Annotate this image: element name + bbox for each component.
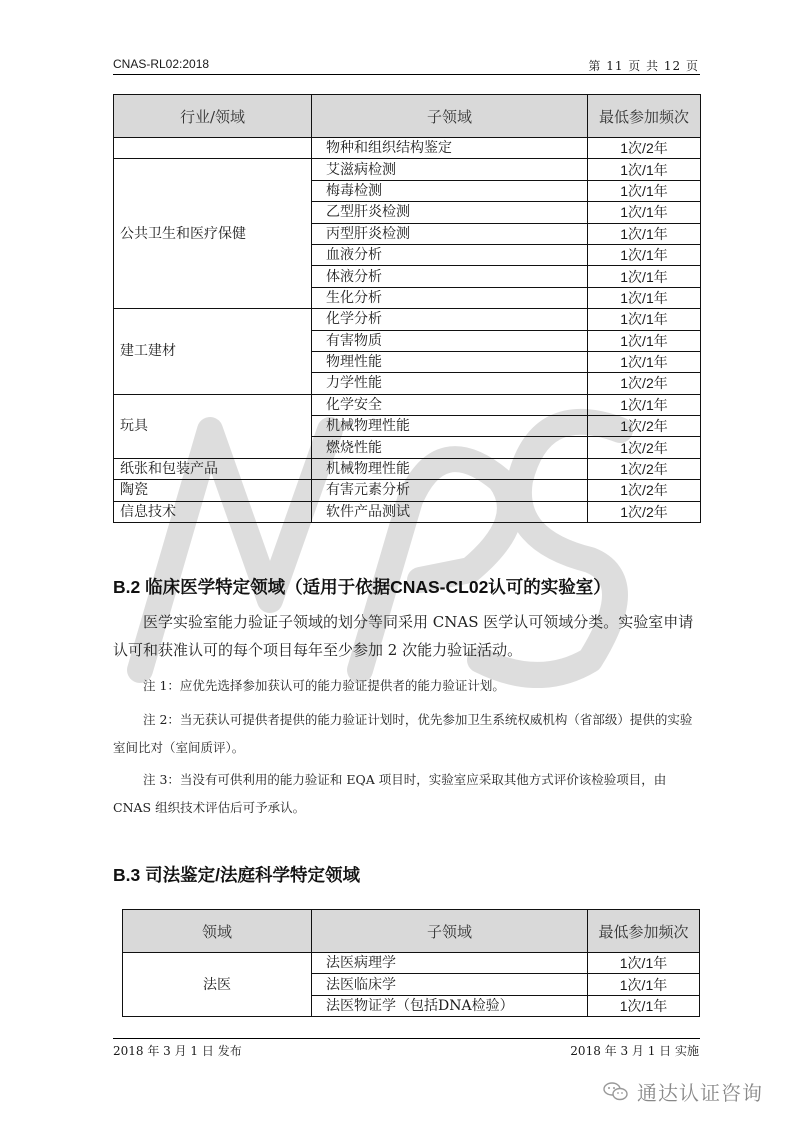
frequency-cell: 1次/1年 xyxy=(588,309,701,330)
subdomain-cell: 机械物理性能 xyxy=(312,416,588,437)
table-row: 玩具 化学安全 1次/1年 xyxy=(114,394,701,415)
document-code: CNAS-RL02:2018 xyxy=(113,57,209,71)
subdomain-cell: 化学安全 xyxy=(312,394,588,415)
section-b2-paragraph: 医学实验室能力验证子领域的划分等同采用 CNAS 医学认可领域分类。实验室申请认… xyxy=(113,608,700,664)
wechat-brand: 通达认证咨询 xyxy=(603,1077,763,1106)
issue-date: 2018 年 3 月 1 日 发布 xyxy=(113,1042,242,1059)
frequency-cell: 1次/1年 xyxy=(588,202,701,223)
effective-date: 2018 年 3 月 1 日 实施 xyxy=(570,1042,699,1059)
column-header-frequency: 最低参加频次 xyxy=(588,95,701,138)
frequency-cell: 1次/1年 xyxy=(588,394,701,415)
subdomain-cell: 法医物证学（包括DNA检验） xyxy=(312,995,588,1016)
table-row: 纸张和包装产品 机械物理性能 1次/2年 xyxy=(114,458,701,479)
frequency-cell: 1次/1年 xyxy=(588,953,700,974)
subdomain-cell: 燃烧性能 xyxy=(312,437,588,458)
column-header-frequency: 最低参加频次 xyxy=(588,910,700,953)
frequency-cell: 1次/1年 xyxy=(588,244,701,265)
subdomain-cell: 化学分析 xyxy=(312,309,588,330)
table-row: 公共卫生和医疗保健 艾滋病检测 1次/1年 xyxy=(114,159,701,180)
subdomain-cell: 丙型肝炎检测 xyxy=(312,223,588,244)
subdomain-cell: 有害物质 xyxy=(312,330,588,351)
domain-cell xyxy=(114,138,312,159)
proficiency-table-forensic: 领域 子领域 最低参加频次 法医 法医病理学 1次/1年 法医临床学 1次/1年… xyxy=(122,909,700,1017)
column-header-subdomain: 子领域 xyxy=(312,95,588,138)
domain-cell: 法医 xyxy=(123,953,312,1017)
proficiency-table-industries: 行业/领域 子领域 最低参加频次 物种和组织结构鉴定 1次/2年 公共卫生和医疗… xyxy=(113,94,701,523)
section-heading-b3: B.3 司法鉴定/法庭科学特定领域 xyxy=(113,862,360,887)
table-row: 法医 法医病理学 1次/1年 xyxy=(123,953,700,974)
subdomain-cell: 物种和组织结构鉴定 xyxy=(312,138,588,159)
table-header-row: 领域 子领域 最低参加频次 xyxy=(123,910,700,953)
table-header-row: 行业/领域 子领域 最低参加频次 xyxy=(114,95,701,138)
note-3: 注 3：当没有可供利用的能力验证和 EQA 项目时，实验室应采取其他方式评价该检… xyxy=(113,766,703,822)
column-header-domain: 行业/领域 xyxy=(114,95,312,138)
subdomain-cell: 体液分析 xyxy=(312,266,588,287)
section-heading-b2: B.2 临床医学特定领域（适用于依据CNAS-CL02认可的实验室） xyxy=(113,574,611,599)
subdomain-cell: 物理性能 xyxy=(312,351,588,372)
frequency-cell: 1次/2年 xyxy=(588,458,701,479)
subdomain-cell: 力学性能 xyxy=(312,373,588,394)
subdomain-cell: 法医临床学 xyxy=(312,974,588,995)
frequency-cell: 1次/2年 xyxy=(588,501,701,522)
frequency-cell: 1次/1年 xyxy=(588,159,701,180)
domain-cell: 建工建材 xyxy=(114,309,312,395)
domain-cell: 玩具 xyxy=(114,394,312,458)
table-row: 陶瓷 有害元素分析 1次/2年 xyxy=(114,480,701,501)
frequency-cell: 1次/1年 xyxy=(588,330,701,351)
frequency-cell: 1次/1年 xyxy=(588,351,701,372)
table-row: 建工建材 化学分析 1次/1年 xyxy=(114,309,701,330)
domain-cell: 陶瓷 xyxy=(114,480,312,501)
note-1: 注 1：应优先选择参加获认可的能力验证提供者的能力验证计划。 xyxy=(113,672,703,700)
domain-cell: 纸张和包装产品 xyxy=(114,458,312,479)
subdomain-cell: 艾滋病检测 xyxy=(312,159,588,180)
subdomain-cell: 有害元素分析 xyxy=(312,480,588,501)
frequency-cell: 1次/1年 xyxy=(588,287,701,308)
frequency-cell: 1次/1年 xyxy=(588,995,700,1016)
domain-cell: 公共卫生和医疗保健 xyxy=(114,159,312,309)
brand-name: 通达认证咨询 xyxy=(637,1077,763,1106)
subdomain-cell: 软件产品测试 xyxy=(312,501,588,522)
header-divider xyxy=(113,74,700,75)
note-2: 注 2：当无获认可提供者提供的能力验证计划时，优先参加卫生系统权威机构（省部级）… xyxy=(113,706,703,762)
subdomain-cell: 生化分析 xyxy=(312,287,588,308)
wechat-icon xyxy=(603,1081,629,1103)
frequency-cell: 1次/2年 xyxy=(588,373,701,394)
table-row: 物种和组织结构鉴定 1次/2年 xyxy=(114,138,701,159)
frequency-cell: 1次/1年 xyxy=(588,266,701,287)
table-row: 信息技术 软件产品测试 1次/2年 xyxy=(114,501,701,522)
subdomain-cell: 血液分析 xyxy=(312,244,588,265)
frequency-cell: 1次/2年 xyxy=(588,138,701,159)
subdomain-cell: 乙型肝炎检测 xyxy=(312,202,588,223)
frequency-cell: 1次/2年 xyxy=(588,416,701,437)
column-header-subdomain: 子领域 xyxy=(312,910,588,953)
subdomain-cell: 法医病理学 xyxy=(312,953,588,974)
footer-divider xyxy=(113,1038,700,1039)
subdomain-cell: 梅毒检测 xyxy=(312,180,588,201)
frequency-cell: 1次/2年 xyxy=(588,437,701,458)
frequency-cell: 1次/1年 xyxy=(588,974,700,995)
frequency-cell: 1次/2年 xyxy=(588,480,701,501)
frequency-cell: 1次/1年 xyxy=(588,180,701,201)
domain-cell: 信息技术 xyxy=(114,501,312,522)
column-header-domain: 领域 xyxy=(123,910,312,953)
page-info: 第 11 页 共 12 页 xyxy=(588,57,699,74)
subdomain-cell: 机械物理性能 xyxy=(312,458,588,479)
frequency-cell: 1次/1年 xyxy=(588,223,701,244)
